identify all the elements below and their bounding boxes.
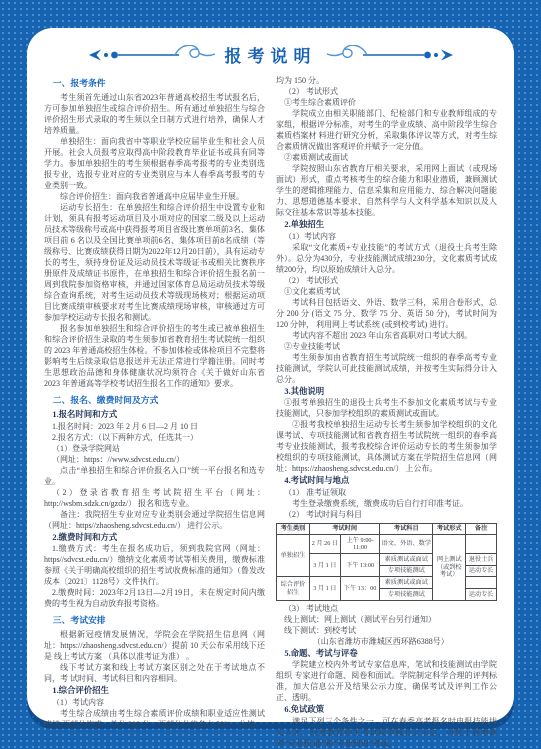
cell-time: 下午 13：00 — [340, 577, 380, 600]
cell-note: 运动专长 — [466, 589, 497, 601]
paragraph: （1）考试内容 — [276, 231, 497, 242]
cell-subject: 专项技能测试 — [380, 589, 433, 601]
paragraph: 报名参加单独招生和综合评价招生的考生或已被单独招生和综合评价招生录取的考生须参加… — [44, 323, 265, 389]
paragraph: 2.报名方式：（以下两种方式，任选其一） — [44, 432, 265, 443]
subheading-exemption-policy: 6.免试政策 — [276, 704, 497, 716]
cell-date: 3 月 1 日 — [310, 577, 341, 600]
page-title: 报考说明 — [225, 42, 317, 67]
cell-exam-form: 网上测试（或到校考试） — [433, 535, 466, 601]
col-header-exam-time: 考试时间 — [310, 523, 380, 535]
cell-time: 下午 13:00 — [340, 554, 380, 577]
content-card: 报考说明 一、报考条件 考生须首先通过山东省2023年普通高校招生考试报名后，方… — [27, 28, 514, 722]
table-row: 单独招生 2 月 26 日 上午 9:00-11:00 语文、外语、数学 网上测… — [277, 535, 497, 554]
college-website-url: （网址：https：//www.sdvcst.edu.cn/） — [44, 454, 265, 465]
subheading-registration-time: 1.报名时间和方式 — [44, 409, 265, 421]
right-column: 均为 150 分。 （2） 考试形式 ①考生综合素质评价 学院成立由相关职能部门… — [276, 75, 497, 749]
paragraph: ②报考我校单独招生运动专长考生须参加学校组织的文化课考试、专项技能测试和省教育招… — [276, 419, 497, 474]
paragraph: （2） 考试时间与科目 — [276, 509, 497, 520]
paragraph: ①报考单独招生的退役士兵考生不参加文化素质考试与专业技能测试，只参加学校组织的素… — [276, 397, 497, 419]
paragraph: 2.缴费时间：2023年2月13日—2月19日，未在规定时间内缴费的考生视为自动… — [44, 587, 265, 609]
subheading-comprehensive-evaluation: 1.综合评价招生 — [44, 685, 265, 697]
col-header-exam-form: 考试形式 — [433, 523, 466, 535]
cell-category-separate: 单独招生 — [277, 535, 310, 577]
left-column: 一、报考条件 考生须首先通过山东省2023年普通高校招生考试报名后，方可参加单独… — [44, 75, 265, 749]
cell-category-comprehensive: 综合评价招生 — [277, 577, 310, 600]
paragraph: 运动专长招生：在单独招生和综合评价招生中设置专业和计划，须具有报考运动项目及小项… — [44, 202, 265, 323]
paragraph: （1）考试内容 — [44, 697, 265, 708]
col-header-candidate-type: 考生类别 — [277, 523, 310, 535]
paragraph: 线下考试方案和线上考试方案区别之处在于考试地点不同，考 试时间、考试科目和内容相… — [44, 662, 265, 684]
paragraph: 单独招生：面向我省中等职业学校应届毕业生和社会人员开展。社会人员报考应取得高中阶… — [44, 136, 265, 191]
paragraph: 考试内容不超出 2023 年山东省高职对口考试大纲。 — [276, 330, 497, 341]
cell-date: 2 月 26 日 — [310, 535, 341, 554]
col-header-exam-subject: 考试科目 — [380, 523, 433, 535]
paragraph: （1） 准考证领取 — [276, 487, 497, 498]
paragraph: ②素质测试或面试 — [276, 152, 497, 163]
table-header-row: 考生类别 考试时间 考试科目 考试形式 备注 — [277, 523, 497, 535]
paragraph: （2） 考试形式 — [276, 86, 497, 97]
paragraph: 学院建立校内外考试专家信息库，笔试和技能测试由学院组织 专家进行命题、阅卷和面试… — [276, 659, 497, 703]
paragraph: 均为 150 分。 — [276, 75, 497, 86]
paragraph: 考生须首先通过山东省2023年普通高校招生考试报名后，方可参加单独招生或综合评价… — [44, 92, 265, 136]
col-header-remark: 备注 — [466, 523, 497, 535]
paragraph: 1.报名时间：2023 年 2 月 6 日—2 月 10 日 — [44, 421, 265, 432]
paragraph: 根据新冠疫情发展情况，学院会在学院招生信息网（网址：https://zhaosh… — [44, 629, 265, 662]
paragraph: 考生须参加由省教育招生考试院统一组织的春季高考专业技能测试，学院认可此技能测试成… — [276, 352, 497, 385]
section-heading-registration: 二、报名、缴费时间及方式 — [44, 394, 265, 406]
paragraph: ①文化素质考试 — [276, 286, 497, 297]
section-heading-conditions: 一、报考条件 — [44, 77, 265, 89]
paragraph: 备注：我院招生专业对应专业类别会通过学院招生信息网（网址：https//zhao… — [44, 509, 265, 531]
cell-subject: 素质测试或面试 — [380, 577, 433, 589]
paragraph: 采取“文化素质+专业技能”的考试方式（退役士兵考生除外）。总分为430分，专业技… — [276, 242, 497, 275]
paragraph: 学院按照山东省教育厅相关要求，采用网上面试（或现场面试）形式，重点考核考生的综合… — [276, 163, 497, 218]
cell-time: 上午 9:00-11:00 — [340, 535, 380, 554]
section-heading-exam-arrangement: 三、考试安排 — [44, 614, 265, 626]
subheading-exam-time-place: 4.考试时间与地点 — [276, 475, 497, 487]
two-column-body: 一、报考条件 考生须首先通过山东省2023年普通高校招生考试报名后，方可参加单独… — [44, 75, 497, 749]
paragraph: ②专业技能考试 — [276, 341, 497, 352]
paragraph: 学院成立由相关职能部门、纪检部门和专业教师组成的专家组，根据评分标准，对考生的学… — [276, 108, 497, 152]
flourish-left-icon — [89, 45, 217, 65]
cell-note — [466, 535, 497, 554]
paragraph: 线上测试：网上测试（测试平台另行通知） — [276, 614, 497, 625]
subheading-proposition-grading: 5.命题、考试与评卷 — [276, 648, 497, 660]
cell-subject: 素质测试或面试 — [380, 554, 433, 566]
paragraph: （1）登录学院网站 — [44, 443, 265, 454]
exam-schedule-table: 考生类别 考试时间 考试科目 考试形式 备注 单独招生 2 月 26 日 上午 … — [276, 523, 497, 601]
flourish-right-icon — [325, 45, 453, 65]
page-header: 报考说明 — [44, 42, 497, 67]
cell-subject: 语文、外语、数学 — [380, 535, 433, 554]
paragraph: 线下测试：到校考试 — [276, 625, 497, 636]
paragraph: （3） 考试地点 — [276, 603, 497, 614]
paragraph: （2） 考试形式 — [276, 275, 497, 286]
paragraph: 综合评价招生：面向我省普通高中应届毕业生开展。 — [44, 191, 265, 202]
paragraph: 考试科目包括语文、外语、数学三科，采用合卷形式，总分 200 分 (语文 75 … — [276, 297, 497, 330]
paragraph: 1.缴费方式：考生在报名成功后，须到我院官网（网址：https//sdvcst.… — [44, 543, 265, 587]
cell-subject: 专项技能测试 — [380, 565, 433, 577]
paragraph: ①考生综合素质评价 — [276, 97, 497, 108]
subheading-other-notes: 3.其他说明 — [276, 386, 497, 398]
paragraph: （2）登录省教育招生考试院招生平台（网址：http://wsbm.sdzk.cn… — [44, 487, 265, 509]
paragraph: 考生综合成绩由考生综合素质评价成绩和职业适应性测试成绩 两部分构成，总分 300… — [44, 708, 265, 730]
cell-note — [466, 577, 497, 589]
cell-note: 退役士兵 — [466, 554, 497, 566]
exam-address: （山东省潍坊市潍城区西环路6388号） — [276, 636, 497, 647]
subheading-payment-time: 2.缴费时间和方式 — [44, 532, 265, 544]
subheading-separate-enrollment: 2.单独招生 — [276, 219, 497, 231]
paragraph: 点击“单独招生和综合评价报名入口”统一平台报名和选专业。 — [44, 465, 265, 487]
cell-date: 3 月 1 日 — [310, 554, 341, 577]
paragraph: 考生登录缴费系统，缴费成功后自行打印准考证。 — [276, 498, 497, 509]
paragraph: 满足下列三个条件之一，可在春季高考报名时申报技能拔尖人才，经省教育招生考试院审核… — [276, 716, 497, 749]
cell-note: 运动专长 — [466, 565, 497, 577]
